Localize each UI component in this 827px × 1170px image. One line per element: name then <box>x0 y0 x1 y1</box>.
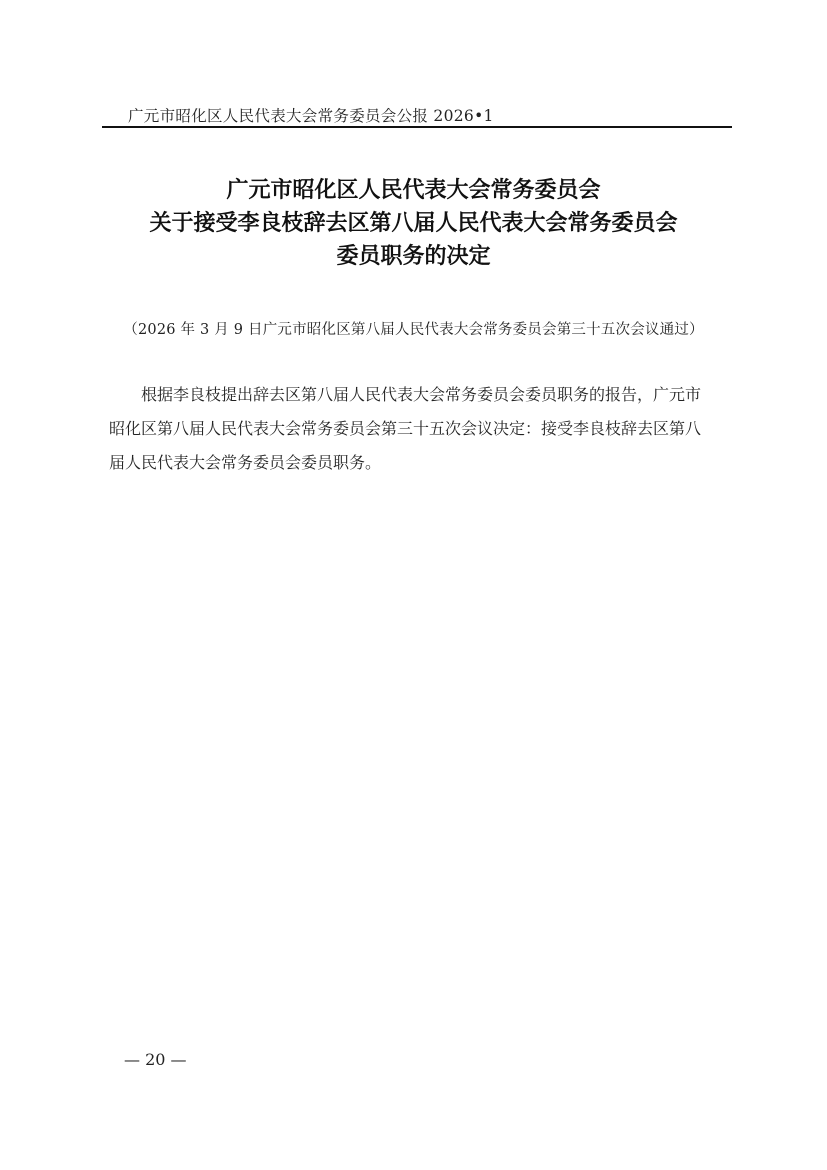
body-line-2: 昭化区第八届人民代表大会常务委员会第三十五次会议决定：接受李良枝辞去区第八 <box>109 412 731 446</box>
body-line-1: 根据李良枝提出辞去区第八届人民代表大会常务委员会委员职务的报告，广元市 <box>109 378 731 412</box>
title-line-1: 广元市昭化区人民代表大会常务委员会 <box>0 174 827 207</box>
header-rule <box>102 126 732 128</box>
title-line-2: 关于接受李良枝辞去区第八届人民代表大会常务委员会 <box>0 207 827 240</box>
body-paragraph: 根据李良枝提出辞去区第八届人民代表大会常务委员会委员职务的报告，广元市 昭化区第… <box>109 378 731 480</box>
title-line-3: 委员职务的决定 <box>0 240 827 273</box>
running-header: 广元市昭化区人民代表大会常务委员会公报 2026•1 <box>128 104 494 126</box>
meeting-note: （2026 年 3 月 9 日广元市昭化区第八届人民代表大会常务委员会第三十五次… <box>0 318 827 339</box>
body-line-3: 届人民代表大会常务委员会委员职务。 <box>109 446 731 480</box>
document-title: 广元市昭化区人民代表大会常务委员会 关于接受李良枝辞去区第八届人民代表大会常务委… <box>0 174 827 273</box>
page-number: — 20 — <box>124 1050 187 1069</box>
